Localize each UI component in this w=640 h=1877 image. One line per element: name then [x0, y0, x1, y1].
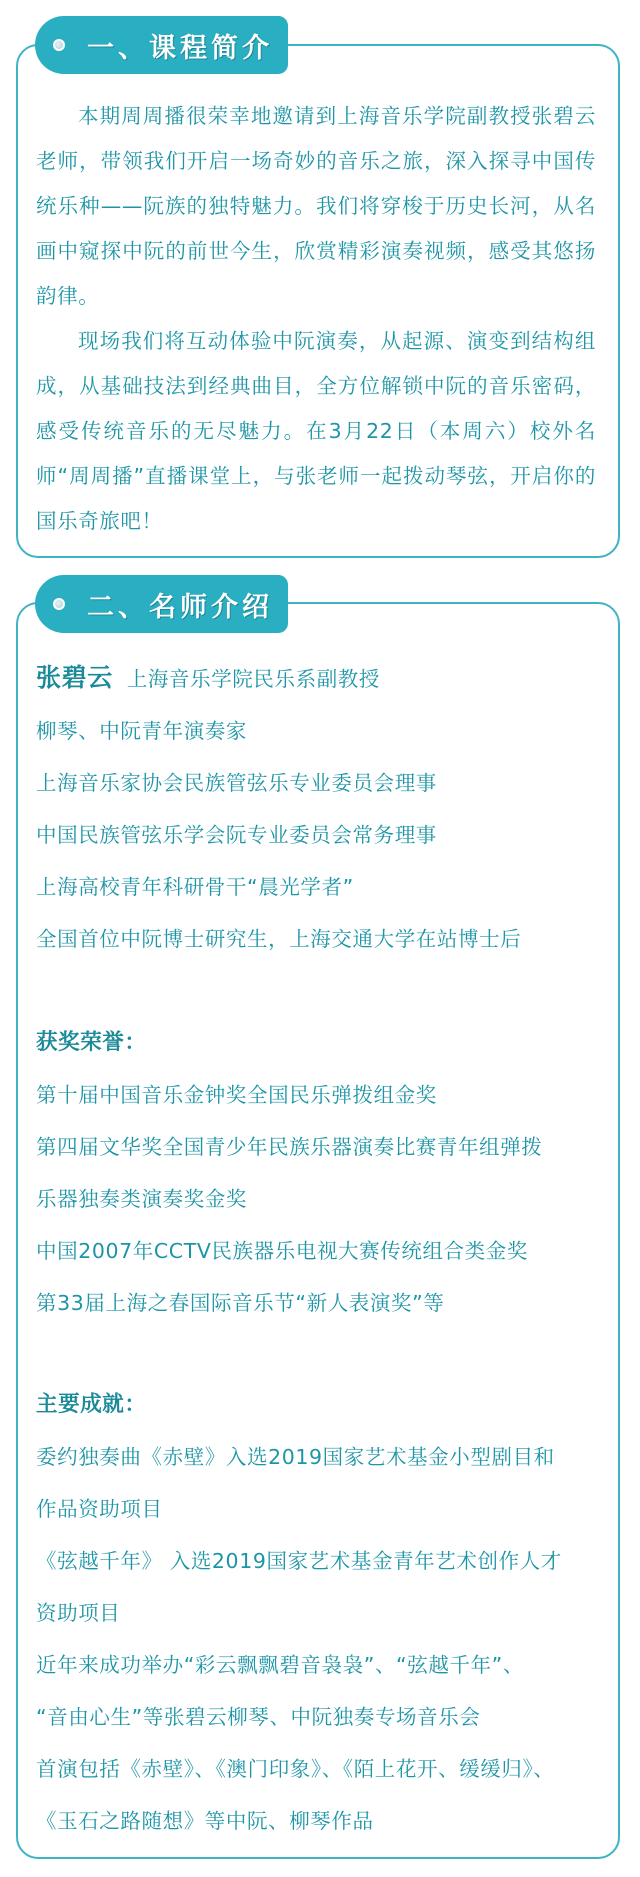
teacher-intro-tab: 二、名师介绍 — [35, 575, 288, 633]
award-item: 中国2007年CCTV民族器乐电视大赛传统组合类金奖 — [36, 1236, 528, 1266]
circle-dot-icon — [53, 39, 65, 51]
intro-paragraph: 本期周周播很荣幸地邀请到上海音乐学院副教授张碧云老师，带领我们开启一场奇妙的音乐… — [36, 94, 596, 319]
course-intro-tab: 一、课程简介 — [35, 16, 288, 74]
award-item: 乐器独奏类演奏奖金奖 — [36, 1184, 247, 1214]
achievement-item: 委约独奏曲《赤壁》入选2019国家艺术基金小型剧目和 — [36, 1442, 555, 1472]
circle-dot-icon — [53, 598, 65, 610]
teacher-title: 上海音乐学院民乐系副教授 — [127, 667, 380, 691]
achievement-item: 资助项目 — [36, 1598, 120, 1628]
teacher-name: 张碧云 — [36, 663, 113, 692]
bio-item: 全国首位中阮博士研究生，上海交通大学在站博士后 — [36, 924, 521, 954]
award-item: 第十届中国音乐金钟奖全国民乐弹拨组金奖 — [36, 1080, 437, 1110]
award-item: 第33届上海之春国际音乐节“新人表演奖”等 — [36, 1288, 444, 1318]
bio-item: 上海音乐家协会民族管弦乐专业委员会理事 — [36, 768, 437, 798]
achievement-item: “音由心生”等张碧云柳琴、中阮独奏专场音乐会 — [36, 1702, 480, 1732]
bio-item: 柳琴、中阮青年演奏家 — [36, 716, 247, 746]
achievements-heading: 主要成就： — [36, 1390, 147, 1420]
achievement-item: 近年来成功举办“彩云飘飘碧音袅袅”、“弦越千年”、 — [36, 1650, 524, 1680]
bio-item: 上海高校青年科研骨干“晨光学者” — [36, 872, 354, 902]
achievement-item: 首演包括《赤壁》、《澳门印象》、《陌上花开、缓缓归》、 — [36, 1754, 554, 1784]
awards-heading: 获奖荣誉： — [36, 1028, 147, 1058]
teacher-name-line: 张碧云上海音乐学院民乐系副教授 — [36, 663, 380, 693]
intro-paragraph: 现场我们将互动体验中阮演奏，从起源、演变到结构组成，从基础技法到经典曲目，全方位… — [36, 319, 596, 544]
section-title: 二、名师介绍 — [87, 585, 273, 624]
achievement-item: 《玉石之路随想》等中阮、柳琴作品 — [36, 1806, 374, 1836]
achievement-item: 《弦越千年》 入选2019国家艺术基金青年艺术创作人才 — [36, 1546, 562, 1576]
achievement-item: 作品资助项目 — [36, 1494, 163, 1524]
award-item: 第四届文华奖全国青少年民族乐器演奏比赛青年组弹拨 — [36, 1132, 542, 1162]
bio-item: 中国民族管弦乐学会阮专业委员会常务理事 — [36, 820, 437, 850]
section-title: 一、课程简介 — [87, 26, 273, 65]
